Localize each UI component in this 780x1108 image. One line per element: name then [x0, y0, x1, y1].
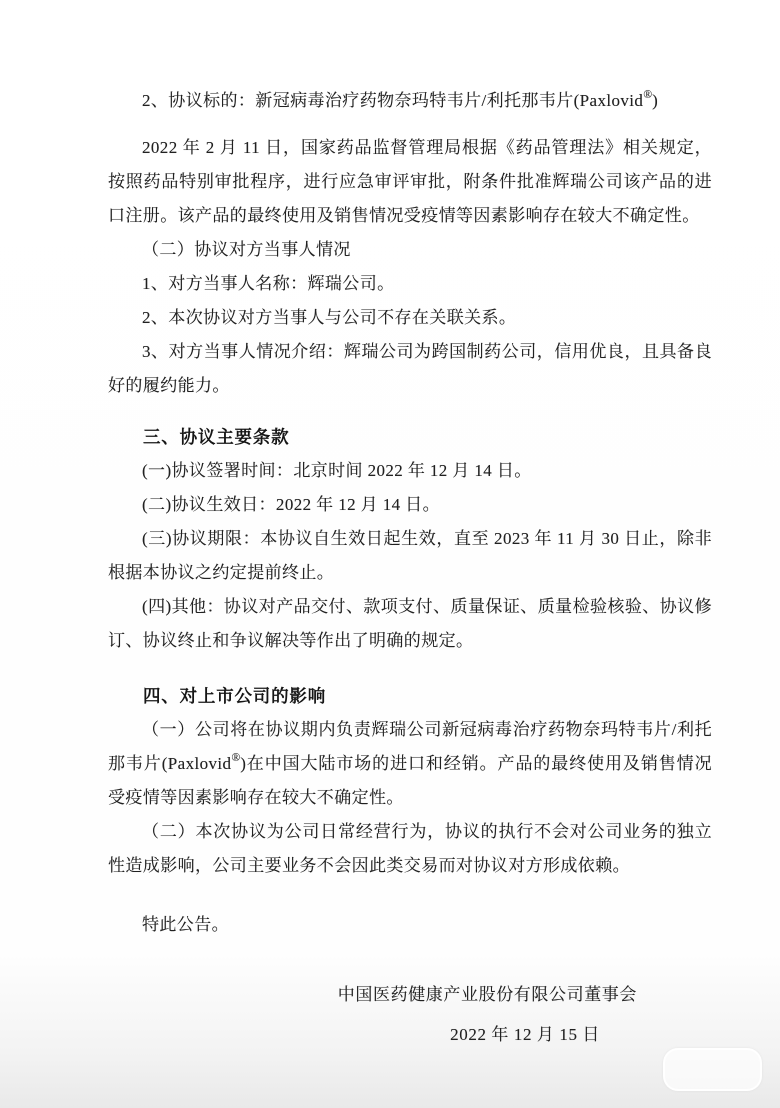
paragraph-term-signing-time: (一)协议签署时间：北京时间 2022 年 12 月 14 日。 — [108, 454, 712, 488]
signature-company-board: 中国医药健康产业股份有限公司董事会 — [108, 975, 712, 1015]
subject-text: 2、协议标的：新冠病毒治疗药物奈玛特韦片/利托那韦片(Paxlovid — [142, 91, 643, 110]
paragraph-counterparty-relation: 2、本次协议对方当事人与公司不存在关联关系。 — [108, 301, 712, 335]
paragraph-counterparty-heading: （二）协议对方当事人情况 — [108, 233, 712, 267]
section-heading-impact: 四、对上市公司的影响 — [108, 679, 712, 713]
paragraph-counterparty-name: 1、对方当事人名称：辉瑞公司。 — [108, 267, 712, 301]
paragraph-counterparty-intro: 3、对方当事人情况介绍：辉瑞公司为跨国制药公司，信用优良，且具备良好的履约能力。 — [108, 335, 712, 403]
subject-text-close: ) — [652, 91, 658, 110]
paragraph-term-effective-date: (二)协议生效日：2022 年 12 月 14 日。 — [108, 488, 712, 522]
signature-block: 中国医药健康产业股份有限公司董事会 2022 年 12 月 15 日 — [108, 975, 712, 1055]
paragraph-impact-distribution: （一）公司将在协议期内负责辉瑞公司新冠病毒治疗药物奈玛特韦片/利托那韦片(Pax… — [108, 713, 712, 815]
paragraph-impact-independence: （二）本次协议为公司日常经营行为，协议的执行不会对公司业务的独立性造成影响，公司… — [108, 815, 712, 883]
paragraph-term-other: (四)其他：协议对产品交付、款项支付、质量保证、质量检验核验、协议修订、协议终止… — [108, 590, 712, 658]
paragraph-closing-statement: 特此公告。 — [108, 908, 712, 942]
announcement-page: 2、协议标的：新冠病毒治疗药物奈玛特韦片/利托那韦片(Paxlovid®) 20… — [108, 84, 712, 1055]
registered-trademark-symbol: ® — [231, 752, 240, 764]
signature-date: 2022 年 12 月 15 日 — [108, 1015, 712, 1055]
paragraph-agreement-subject: 2、协议标的：新冠病毒治疗药物奈玛特韦片/利托那韦片(Paxlovid®) — [108, 84, 712, 118]
section-heading-terms: 三、协议主要条款 — [108, 420, 712, 454]
registered-trademark-symbol: ® — [643, 89, 652, 101]
paragraph-term-duration: (三)协议期限：本协议自生效日起生效，直至 2023 年 11 月 30 日止，… — [108, 522, 712, 590]
paragraph-regulatory-approval: 2022 年 2 月 11 日，国家药品监督管理局根据《药品管理法》相关规定，按… — [108, 131, 712, 233]
corner-watermark — [663, 1048, 762, 1091]
